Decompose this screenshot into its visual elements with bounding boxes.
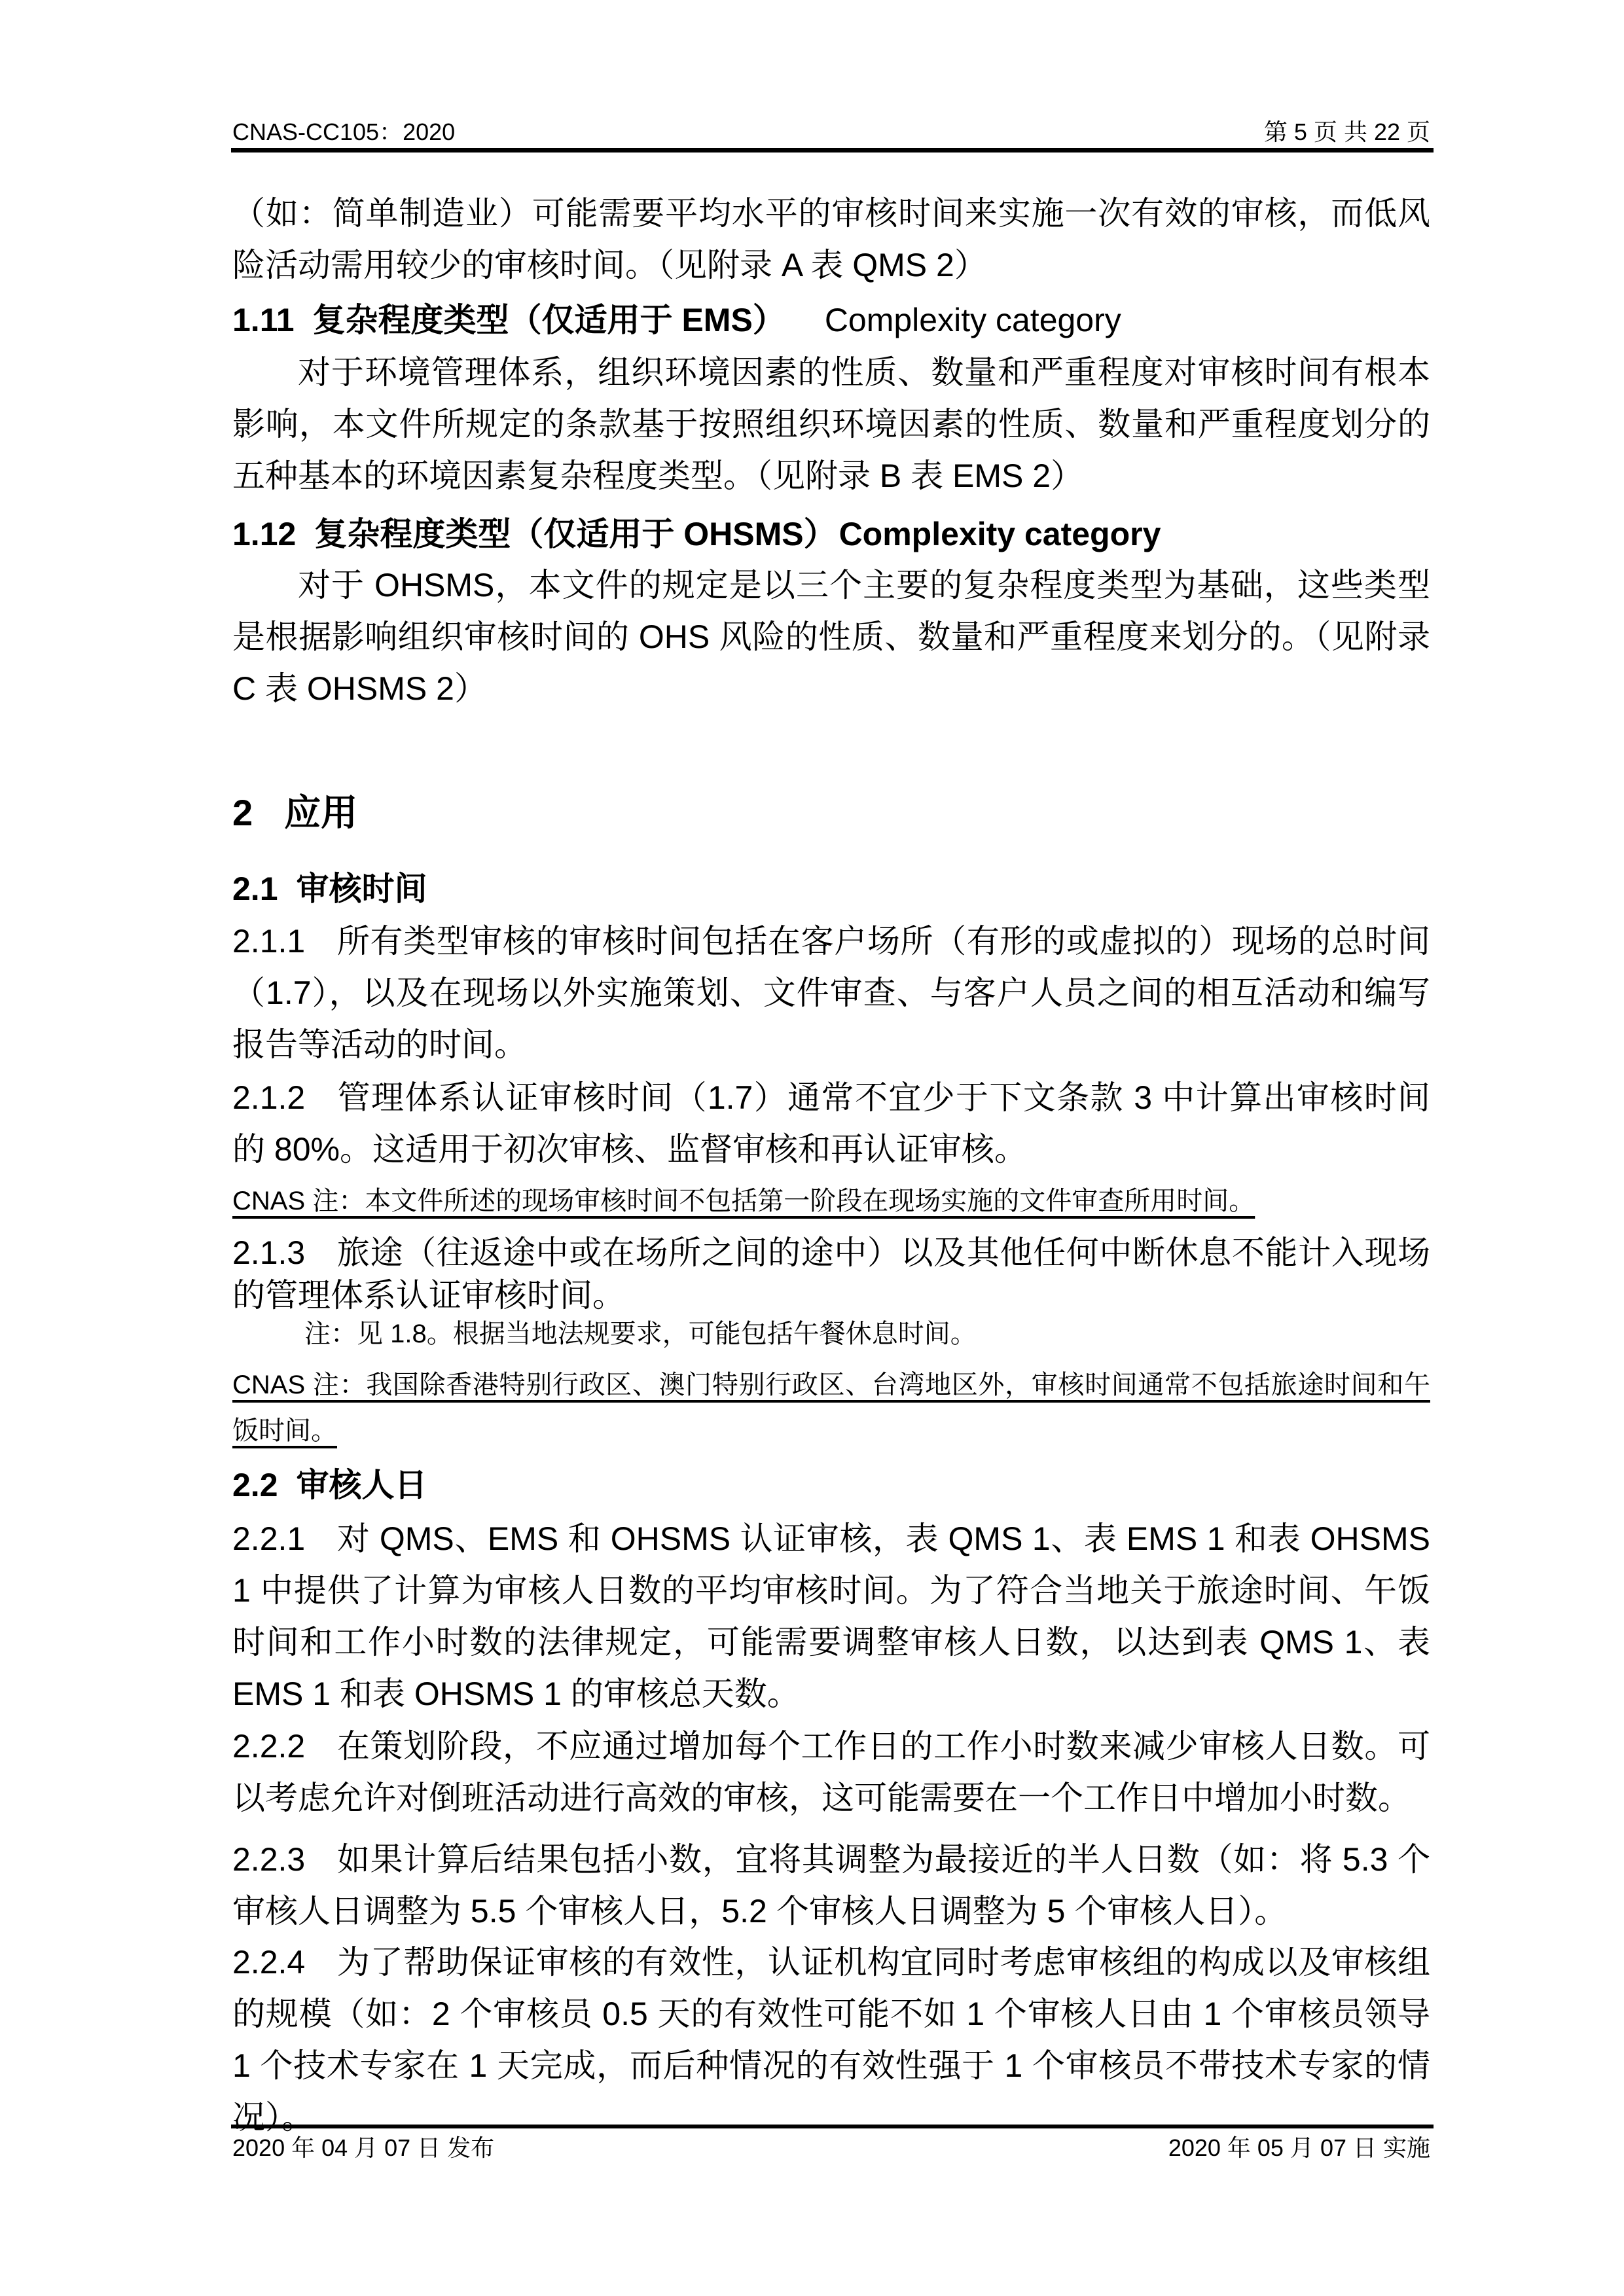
- clause-num: 2.1.1: [232, 923, 305, 960]
- page-number: 第 5 页 共 22 页: [1264, 118, 1430, 147]
- heading-num: 2.2: [232, 1467, 278, 1503]
- para-2-1-1: 2.1.1所有类型审核的审核时间包括在客户场所（有形的或虚拟的）现场的总时间（1…: [232, 916, 1430, 1071]
- footer-implement-date: 2020 年 05 月 07 日 实施: [1168, 2134, 1430, 2162]
- cnas-note-text: CNAS 注：我国除香港特别行政区、澳门特别行政区、台湾地区外，审核时间通常不包…: [232, 1371, 1430, 1445]
- clause-num: 2.1.2: [232, 1079, 305, 1116]
- para-2-1-2: 2.1.2管理体系认证审核时间（1.7）通常不宜少于下文条款 3 中计算出审核时…: [232, 1072, 1430, 1175]
- heading-2-1: 2.1审核时间: [232, 869, 1430, 908]
- document-page: CNAS-CC105：2020 第 5 页 共 22 页 （如：简单制造业）可能…: [0, 0, 1624, 2296]
- heading-title: 审核时间: [297, 870, 427, 907]
- note-1-8: 注：见 1.8。根据当地法规要求，可能包括午餐休息时间。: [232, 1318, 1430, 1350]
- footer-rule: [231, 2125, 1434, 2128]
- clause-text: 管理体系认证审核时间（1.7）通常不宜少于下文条款 3 中计算出审核时间的 80…: [232, 1079, 1430, 1168]
- heading-num: 1.11: [232, 302, 295, 338]
- page-header: CNAS-CC105：2020 第 5 页 共 22 页: [232, 118, 1430, 147]
- heading-1-11: 1.11复杂程度类型（仅适用于 EMS）Complexity category: [232, 300, 1430, 340]
- heading-num: 2: [232, 792, 253, 833]
- page-footer: 2020 年 04 月 07 日 发布 2020 年 05 月 07 日 实施: [232, 2134, 1430, 2162]
- heading-title: 应用: [284, 792, 357, 833]
- para-ems: 对于环境管理体系，组织环境因素的性质、数量和严重程度对审核时间有根本影响，本文件…: [232, 347, 1430, 502]
- para-2-2-1: 2.2.1对 QMS、EMS 和 OHSMS 认证审核，表 QMS 1、表 EM…: [232, 1513, 1430, 1720]
- clause-text: 旅途（往返途中或在场所之间的途中）以及其他任何中断休息不能计入现场的管理体系认证…: [232, 1234, 1430, 1314]
- clause-num: 2.2.3: [232, 1841, 305, 1878]
- clause-text: 对 QMS、EMS 和 OHSMS 认证审核，表 QMS 1、表 EMS 1 和…: [232, 1520, 1430, 1712]
- para-2-1-3: 2.1.3旅途（往返途中或在场所之间的途中）以及其他任何中断休息不能计入现场的管…: [232, 1232, 1430, 1317]
- doc-code: CNAS-CC105：2020: [232, 118, 455, 147]
- para-2-2-4: 2.2.4为了帮助保证审核的有效性，认证机构宜同时考虑审核组的构成以及审核组的规…: [232, 1937, 1430, 2144]
- para-2-2-2: 2.2.2在策划阶段，不应通过增加每个工作日的工作小时数来减少审核人日数。可以考…: [232, 1721, 1430, 1824]
- para-intro: （如：简单制造业）可能需要平均水平的审核时间来实施一次有效的审核，而低风险活动需…: [232, 188, 1430, 291]
- footer-release-date: 2020 年 04 月 07 日 发布: [232, 2134, 494, 2162]
- heading-subtitle-en: Complexity category: [825, 302, 1121, 338]
- header-rule: [231, 148, 1434, 152]
- clause-text: 如果计算后结果包括小数，宜将其调整为最接近的半人日数（如：将 5.3 个审核人日…: [232, 1841, 1430, 1929]
- heading-subtitle-en: Complexity category: [839, 516, 1161, 552]
- section-heading-2: 2应用: [232, 790, 1430, 836]
- clause-text: 为了帮助保证审核的有效性，认证机构宜同时考虑审核组的构成以及审核组的规模（如：2…: [232, 1944, 1430, 2136]
- heading-1-12: 1.12复杂程度类型（仅适用于 OHSMS）Complexity categor…: [232, 514, 1430, 554]
- cnas-note-2: CNAS 注：我国除香港特别行政区、澳门特别行政区、台湾地区外，审核时间通常不包…: [232, 1362, 1430, 1454]
- clause-text: 所有类型审核的审核时间包括在客户场所（有形的或虚拟的）现场的总时间（1.7），以…: [232, 923, 1430, 1063]
- heading-title: 复杂程度类型（仅适用于 OHSMS）: [314, 516, 836, 552]
- para-ohsms: 对于 OHSMS，本文件的规定是以三个主要的复杂程度类型为基础，这些类型是根据影…: [232, 560, 1430, 715]
- clause-text: 在策划阶段，不应通过增加每个工作日的工作小时数来减少审核人日数。可以考虑允许对倒…: [232, 1728, 1430, 1816]
- heading-num: 1.12: [232, 516, 296, 552]
- heading-2-2: 2.2审核人日: [232, 1465, 1430, 1505]
- heading-num: 2.1: [232, 870, 278, 907]
- clause-num: 2.2.1: [232, 1520, 305, 1557]
- cnas-note-text: CNAS 注：本文件所述的现场审核时间不包括第一阶段在现场实施的文件审查所用时间…: [232, 1187, 1255, 1215]
- clause-num: 2.2.4: [232, 1944, 305, 1981]
- clause-num: 2.1.3: [232, 1234, 305, 1271]
- clause-num: 2.2.2: [232, 1728, 305, 1765]
- para-2-2-3: 2.2.3如果计算后结果包括小数，宜将其调整为最接近的半人日数（如：将 5.3 …: [232, 1834, 1430, 1937]
- heading-title: 复杂程度类型（仅适用于 EMS）: [313, 302, 785, 338]
- cnas-note-1: CNAS 注：本文件所述的现场审核时间不包括第一阶段在现场实施的文件审查所用时间…: [232, 1185, 1430, 1217]
- heading-title: 审核人日: [297, 1467, 427, 1503]
